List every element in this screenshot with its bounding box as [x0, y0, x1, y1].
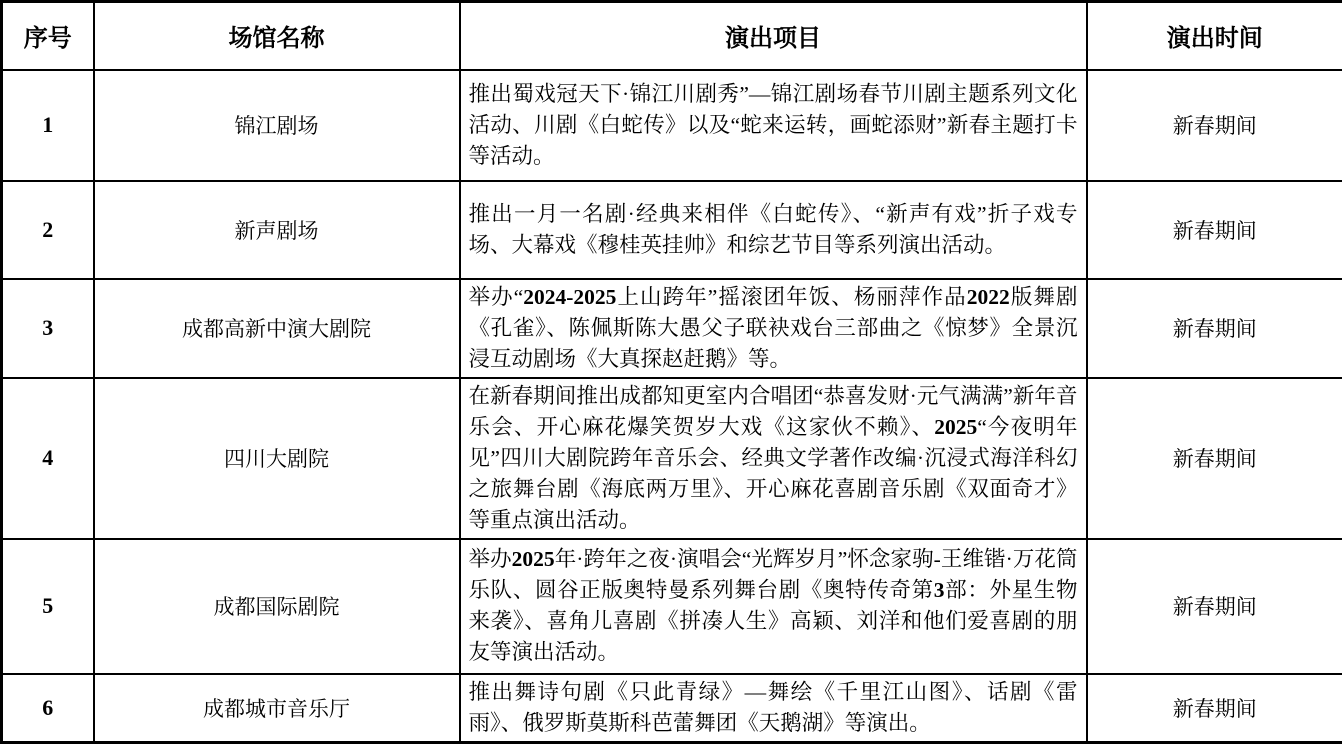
table-row: 3 成都高新中演大剧院 举办“2024-2025上山跨年”摇滚团年饭、杨丽萍作品…	[2, 279, 1342, 378]
show-time: 新春期间	[1087, 378, 1342, 539]
show-time: 新春期间	[1087, 70, 1342, 181]
venue-name: 四川大剧院	[94, 378, 460, 539]
row-index: 1	[2, 70, 94, 181]
program-text: 举办2025年·跨年之夜·演唱会“光辉岁月”怀念家驹-王维锴·万花筒乐队、圆谷正…	[460, 539, 1087, 674]
venue-name: 成都高新中演大剧院	[94, 279, 460, 378]
row-index: 3	[2, 279, 94, 378]
table-row: 1 锦江剧场 推出蜀戏冠天下·锦江川剧秀”—锦江剧场春节川剧主题系列文化活动、川…	[2, 70, 1342, 181]
column-header-index: 序号	[2, 2, 94, 70]
program-text: 推出一月一名剧·经典来相伴《白蛇传》、“新声有戏”折子戏专场、大幕戏《穆桂英挂帅…	[460, 181, 1087, 279]
program-text: 推出舞诗句剧《只此青绿》—舞绘《千里江山图》、话剧《雷雨》、俄罗斯莫斯科芭蕾舞团…	[460, 674, 1087, 743]
row-index: 5	[2, 539, 94, 674]
program-text: 举办“2024-2025上山跨年”摇滚团年饭、杨丽萍作品2022版舞剧《孔雀》、…	[460, 279, 1087, 378]
venue-name: 成都国际剧院	[94, 539, 460, 674]
column-header-program: 演出项目	[460, 2, 1087, 70]
show-time: 新春期间	[1087, 539, 1342, 674]
table-row: 6 成都城市音乐厅 推出舞诗句剧《只此青绿》—舞绘《千里江山图》、话剧《雷雨》、…	[2, 674, 1342, 743]
document-page: 序号 场馆名称 演出项目 演出时间 1 锦江剧场 推出蜀戏冠天下·锦江川剧秀”—…	[0, 0, 1342, 734]
table-row: 4 四川大剧院 在新春期间推出成都知更室内合唱团“恭喜发财·元气满满”新年音乐会…	[2, 378, 1342, 539]
show-time: 新春期间	[1087, 181, 1342, 279]
table-body: 1 锦江剧场 推出蜀戏冠天下·锦江川剧秀”—锦江剧场春节川剧主题系列文化活动、川…	[2, 70, 1342, 743]
row-index: 2	[2, 181, 94, 279]
row-index: 4	[2, 378, 94, 539]
venue-name: 成都城市音乐厅	[94, 674, 460, 743]
venue-name: 新声剧场	[94, 181, 460, 279]
column-header-venue: 场馆名称	[94, 2, 460, 70]
table-row: 2 新声剧场 推出一月一名剧·经典来相伴《白蛇传》、“新声有戏”折子戏专场、大幕…	[2, 181, 1342, 279]
venue-name: 锦江剧场	[94, 70, 460, 181]
show-time: 新春期间	[1087, 279, 1342, 378]
show-time: 新春期间	[1087, 674, 1342, 743]
table-header-row: 序号 场馆名称 演出项目 演出时间	[2, 2, 1342, 70]
program-text: 在新春期间推出成都知更室内合唱团“恭喜发财·元气满满”新年音乐会、开心麻花爆笑贺…	[460, 378, 1087, 539]
column-header-time: 演出时间	[1087, 2, 1342, 70]
performance-schedule-table: 序号 场馆名称 演出项目 演出时间 1 锦江剧场 推出蜀戏冠天下·锦江川剧秀”—…	[0, 0, 1342, 744]
table-row: 5 成都国际剧院 举办2025年·跨年之夜·演唱会“光辉岁月”怀念家驹-王维锴·…	[2, 539, 1342, 674]
program-text: 推出蜀戏冠天下·锦江川剧秀”—锦江剧场春节川剧主题系列文化活动、川剧《白蛇传》以…	[460, 70, 1087, 181]
row-index: 6	[2, 674, 94, 743]
